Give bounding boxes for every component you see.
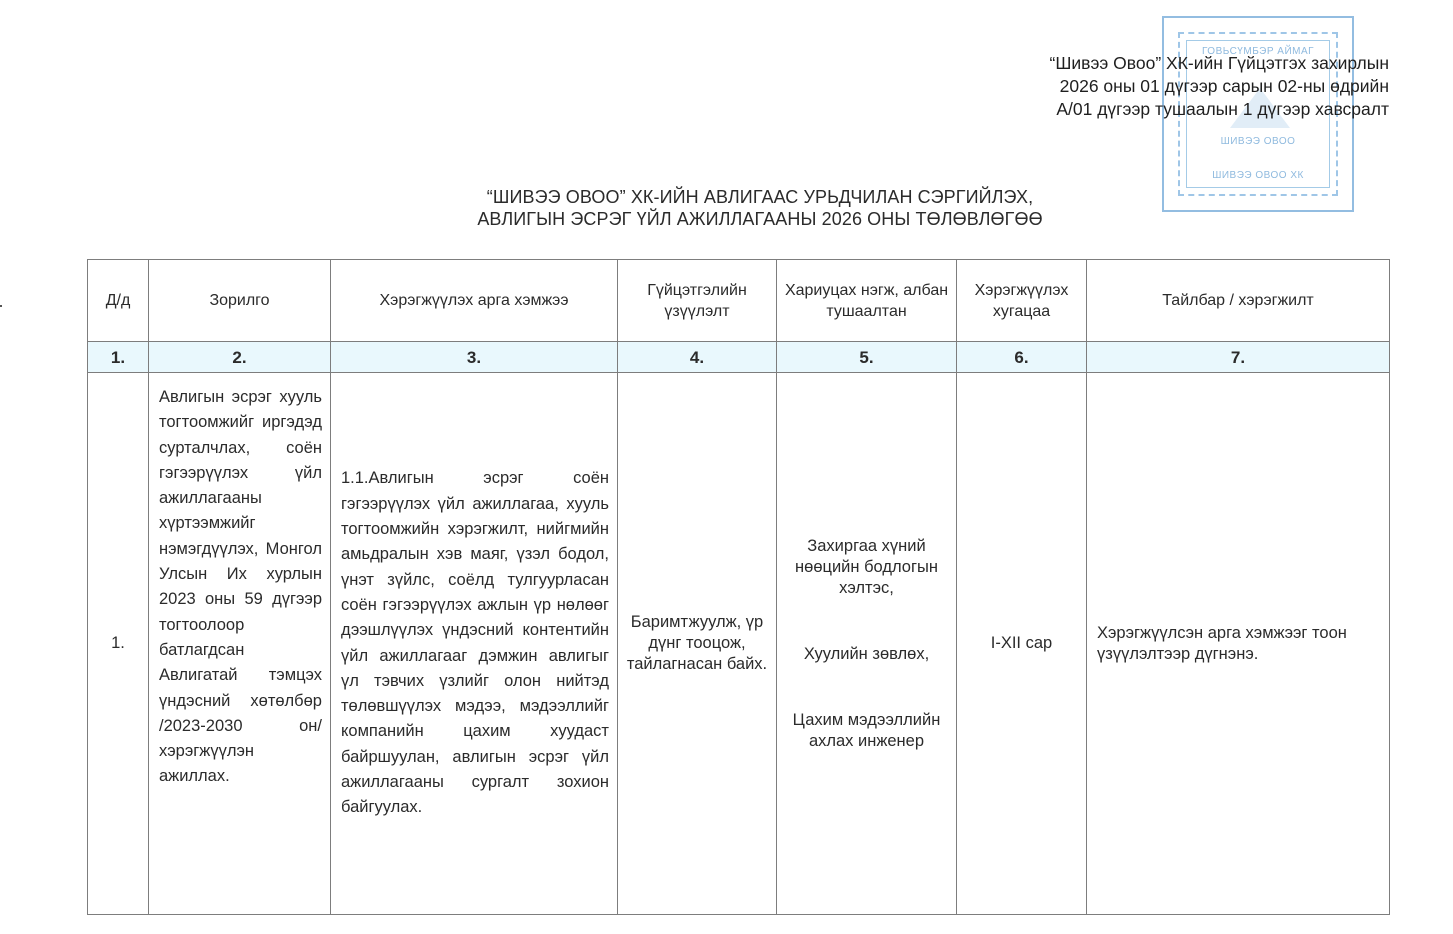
col-number: 1. [88,342,149,373]
col-number: 7. [1087,342,1390,373]
col-number: 4. [618,342,777,373]
annex-reference: “Шивээ Овоо” ХК-ийн Гүйцэтгэх захирлын 2… [1050,52,1389,121]
col-header-goal: Зорилго [149,260,331,342]
col-header-indicator: Гүйцэтгэлийн үзүүлэлт [618,260,777,342]
table-header-row: Д/д Зорилго Хэрэгжүүлэх арга хэмжээ Гүйц… [88,260,1390,342]
row-action: 1.1.Авлигын эсрэг соён гэгээрүүлэх үйл а… [331,373,618,915]
col-header-no: Д/д [88,260,149,342]
annex-line-2: 2026 оны 01 дүгээр сарын 02-ны өдрийн [1050,75,1389,98]
annex-line-3: А/01 дүгээр тушаалын 1 дүгээр хавсралт [1050,98,1389,121]
col-number: 2. [149,342,331,373]
row-note: Хэрэгжүүлсэн арга хэмжээг тоон үзүүлэлтэ… [1087,373,1390,915]
scan-speck [0,305,2,307]
plan-table: Д/д Зорилго Хэрэгжүүлэх арга хэмжээ Гүйц… [87,259,1390,915]
table-row: 1. Авлигын эсрэг хууль тогтоомжийг иргэд… [88,373,1390,915]
row-number: 1. [88,373,149,915]
col-header-note: Тайлбар / хэрэгжилт [1087,260,1390,342]
annex-line-1: “Шивээ Овоо” ХК-ийн Гүйцэтгэх захирлын [1050,52,1389,75]
row-indicator: Баримтжуулж, үр дүнг тооцож, тайлагнасан… [618,373,777,915]
col-number: 3. [331,342,618,373]
col-number: 6. [957,342,1087,373]
col-number: 5. [777,342,957,373]
row-goal: Авлигын эсрэг хууль тогтоомжийг иргэдэд … [149,373,331,915]
stamp-bottom-text: ШИВЭЭ ОВОО ХК [1164,170,1352,181]
responsible-item: Хуулийн зөвлөх, [783,644,950,665]
col-header-deadline: Хэрэгжүүлэх хугацаа [957,260,1087,342]
col-header-action: Хэрэгжүүлэх арга хэмжээ [331,260,618,342]
stamp-center-text: ШИВЭЭ ОВОО [1164,136,1352,147]
responsible-item: Захиргаа хүний нөөцийн бодлогын хэлтэс, [783,536,950,599]
responsible-item: Цахим мэдээллийн ахлах инженер [783,710,950,752]
row-deadline: I-XII сар [957,373,1087,915]
col-header-responsible: Хариуцах нэгж, албан тушаалтан [777,260,957,342]
column-number-row: 1. 2. 3. 4. 5. 6. 7. [88,342,1390,373]
row-responsible: Захиргаа хүний нөөцийн бодлогын хэлтэс, … [777,373,957,915]
